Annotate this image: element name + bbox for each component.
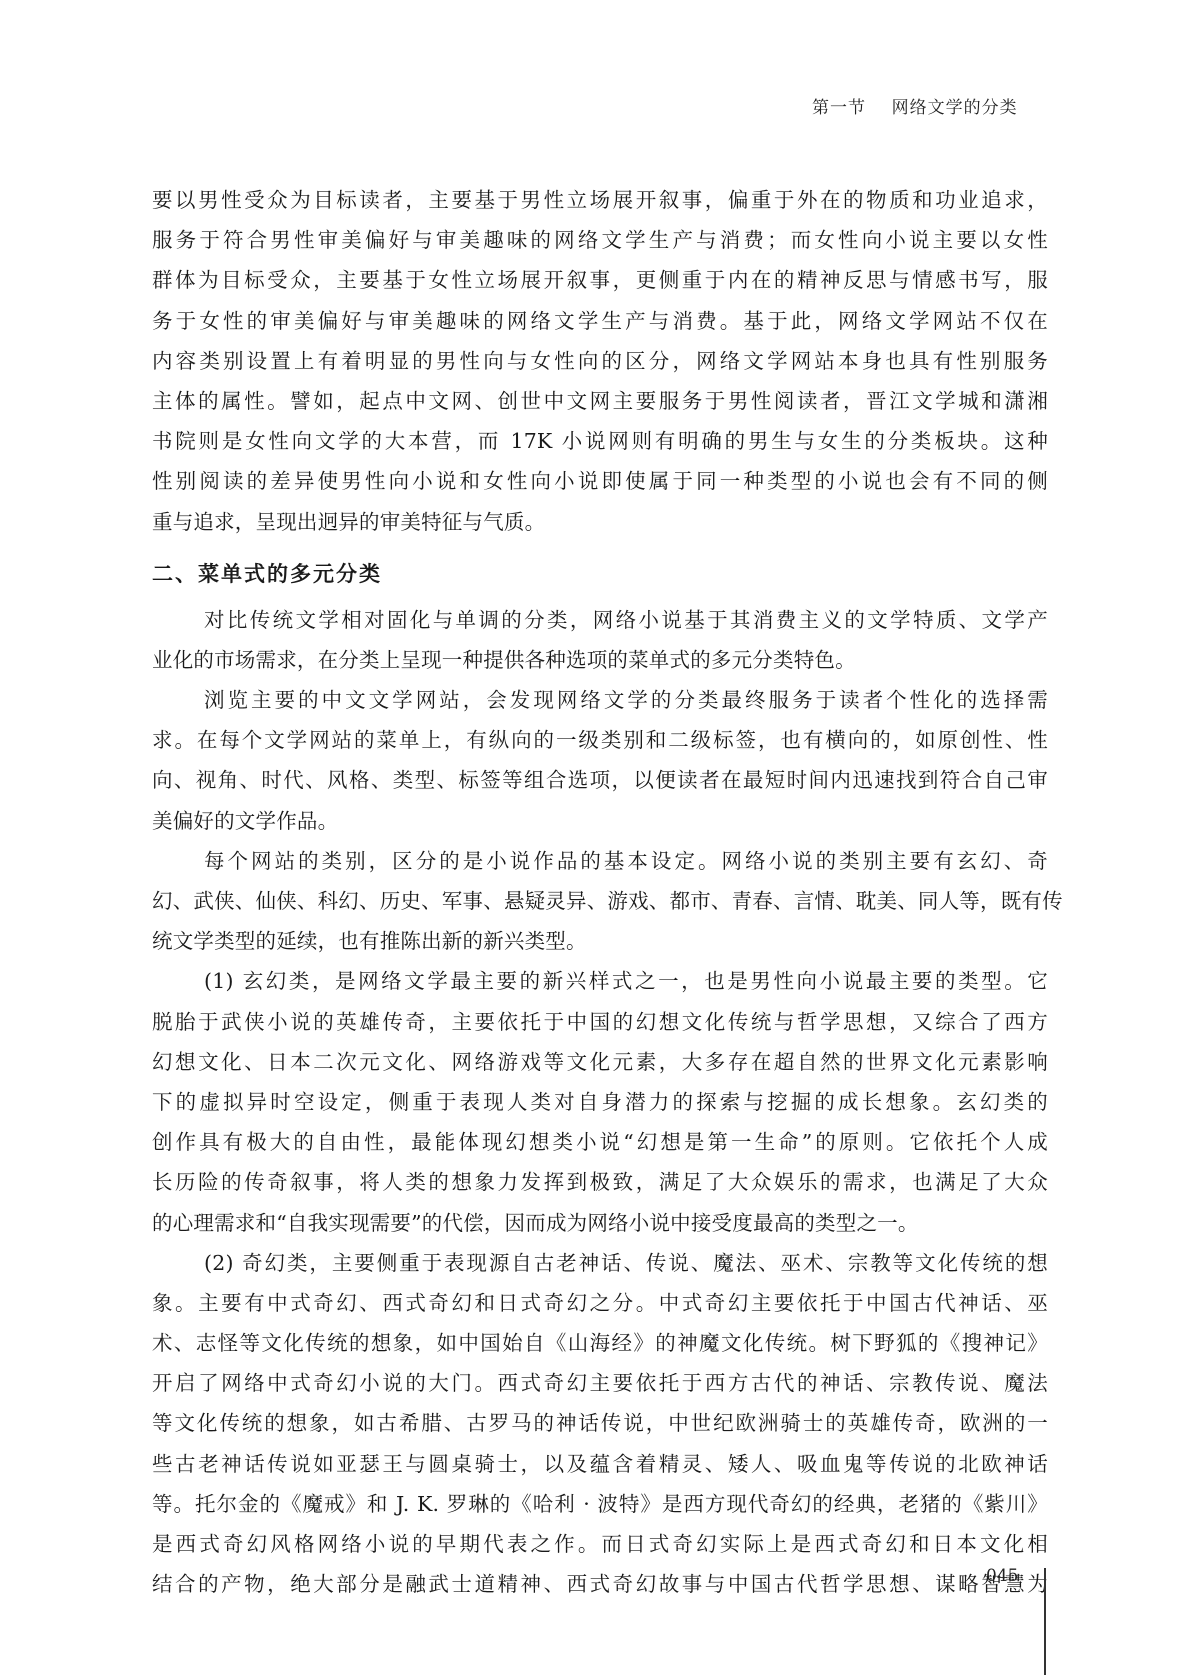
text-line: 术、志怪等文化传统的想象，如中国始自《山海经》的神魔文化传统。树下野狐的《搜神记… xyxy=(152,1323,1048,1363)
text-line: 内容类别设置上有着明显的男性向与女性向的区分，网络文学网站本身也具有性别服务 xyxy=(152,341,1048,381)
paragraph: 浏览主要的中文文学网站，会发现网络文学的分类最终服务于读者个性化的选择需 求。在… xyxy=(152,680,1048,841)
paragraph: 要以男性受众为目标读者，主要基于男性立场展开叙事，偏重于外在的物质和功业追求， … xyxy=(152,180,1048,542)
text-line: 统文学类型的延续，也有推陈出新的新兴类型。 xyxy=(152,921,1048,961)
text-line: 性别阅读的差异使男性向小说和女性向小说即使属于同一种类型的小说也会有不同的侧 xyxy=(152,461,1048,501)
page-edge-rule xyxy=(1044,1568,1046,1675)
text-line: 浏览主要的中文文学网站，会发现网络文学的分类最终服务于读者个性化的选择需 xyxy=(152,680,1048,720)
text-line: 群体为目标受众，主要基于女性立场展开叙事，更侧重于内在的精神反思与情感书写，服 xyxy=(152,260,1048,300)
text-line: 开启了网络中式奇幻小说的大门。西式奇幻主要依托于西方古代的神话、宗教传说、魔法 xyxy=(152,1363,1048,1403)
text-line: 对比传统文学相对固化与单调的分类，网络小说基于其消费主义的文学特质、文学产 xyxy=(152,600,1048,640)
body-text: 要以男性受众为目标读者，主要基于男性立场展开叙事，偏重于外在的物质和功业追求， … xyxy=(152,180,1048,1604)
text-line: 务于女性的审美偏好与审美趣味的网络文学生产与消费。基于此，网络文学网站不仅在 xyxy=(152,301,1048,341)
text-line: 等文化传统的想象，如古希腊、古罗马的神话传说，中世纪欧洲骑士的英雄传奇，欧洲的一 xyxy=(152,1403,1048,1443)
text-line: (1) 玄幻类，是网络文学最主要的新兴样式之一，也是男性向小说最主要的类型。它 xyxy=(152,961,1048,1001)
text-line: 结合的产物，绝大部分是融武士道精神、西式奇幻故事与中国古代哲学思想、谋略智慧为 xyxy=(152,1564,1048,1604)
text-line: 长历险的传奇叙事，将人类的想象力发挥到极致，满足了大众娱乐的需求，也满足了大众 xyxy=(152,1162,1048,1202)
paragraph: 每个网站的类别，区分的是小说作品的基本设定。网络小说的类别主要有玄幻、奇 幻、武… xyxy=(152,841,1048,962)
text-line: 脱胎于武侠小说的英雄传奇，主要依托于中国的幻想文化传统与哲学思想，又综合了西方 xyxy=(152,1002,1048,1042)
text-line: 象。主要有中式奇幻、西式奇幻和日式奇幻之分。中式奇幻主要依托于中国古代神话、巫 xyxy=(152,1283,1048,1323)
section-heading: 二、菜单式的多元分类 xyxy=(152,542,1048,594)
text-line: 服务于符合男性审美偏好与审美趣味的网络文学生产与消费；而女性向小说主要以女性 xyxy=(152,220,1048,260)
text-line: 书院则是女性向文学的大本营，而 17K 小说网则有明确的男生与女生的分类板块。这… xyxy=(152,421,1048,461)
text-line: 幻想文化、日本二次元文化、网络游戏等文化元素，大多存在超自然的世界文化元素影响 xyxy=(152,1042,1048,1082)
text-line: 要以男性受众为目标读者，主要基于男性立场展开叙事，偏重于外在的物质和功业追求， xyxy=(152,180,1048,220)
text-line: 幻、武侠、仙侠、科幻、历史、军事、悬疑灵异、游戏、都市、青春、言情、耽美、同人等… xyxy=(152,881,1048,921)
page-number: 045 xyxy=(986,1566,1018,1586)
text-line: 些古老神话传说如亚瑟王与圆桌骑士，以及蕴含着精灵、矮人、吸血鬼等传说的北欧神话 xyxy=(152,1444,1048,1484)
text-line: 下的虚拟异时空设定，侧重于表现人类对自身潜力的探索与挖掘的成长想象。玄幻类的 xyxy=(152,1082,1048,1122)
text-line: 重与追求，呈现出迥异的审美特征与气质。 xyxy=(152,502,1048,542)
paragraph: (1) 玄幻类，是网络文学最主要的新兴样式之一，也是男性向小说最主要的类型。它 … xyxy=(152,961,1048,1242)
text-line: 业化的市场需求，在分类上呈现一种提供各种选项的菜单式的多元分类特色。 xyxy=(152,640,1048,680)
paragraph: (2) 奇幻类，主要侧重于表现源自古老神话、传说、魔法、巫术、宗教等文化传统的想… xyxy=(152,1243,1048,1605)
text-line: 的心理需求和“自我实现需要”的代偿，因而成为网络小说中接受度最高的类型之一。 xyxy=(152,1203,1048,1243)
text-line: 等。托尔金的《魔戒》和 J. K. 罗琳的《哈利 · 波特》是西方现代奇幻的经典… xyxy=(152,1484,1048,1524)
text-line: 求。在每个文学网站的菜单上，有纵向的一级类别和二级标签，也有横向的，如原创性、性 xyxy=(152,720,1048,760)
text-line: 向、视角、时代、风格、类型、标签等组合选项，以便读者在最短时间内迅速找到符合自己… xyxy=(152,760,1048,800)
paragraph: 对比传统文学相对固化与单调的分类，网络小说基于其消费主义的文学特质、文学产 业化… xyxy=(152,600,1048,680)
text-line: 每个网站的类别，区分的是小说作品的基本设定。网络小说的类别主要有玄幻、奇 xyxy=(152,841,1048,881)
text-line: 主体的属性。譬如，起点中文网、创世中文网主要服务于男性阅读者，晋江文学城和潇湘 xyxy=(152,381,1048,421)
running-head: 第一节 网络文学的分类 xyxy=(812,93,1018,118)
text-line: 创作具有极大的自由性，最能体现幻想类小说“幻想是第一生命”的原则。它依托个人成 xyxy=(152,1122,1048,1162)
text-line: 美偏好的文学作品。 xyxy=(152,801,1048,841)
text-line: (2) 奇幻类，主要侧重于表现源自古老神话、传说、魔法、巫术、宗教等文化传统的想 xyxy=(152,1243,1048,1283)
text-line: 是西式奇幻风格网络小说的早期代表之作。而日式奇幻实际上是西式奇幻和日本文化相 xyxy=(152,1524,1048,1564)
